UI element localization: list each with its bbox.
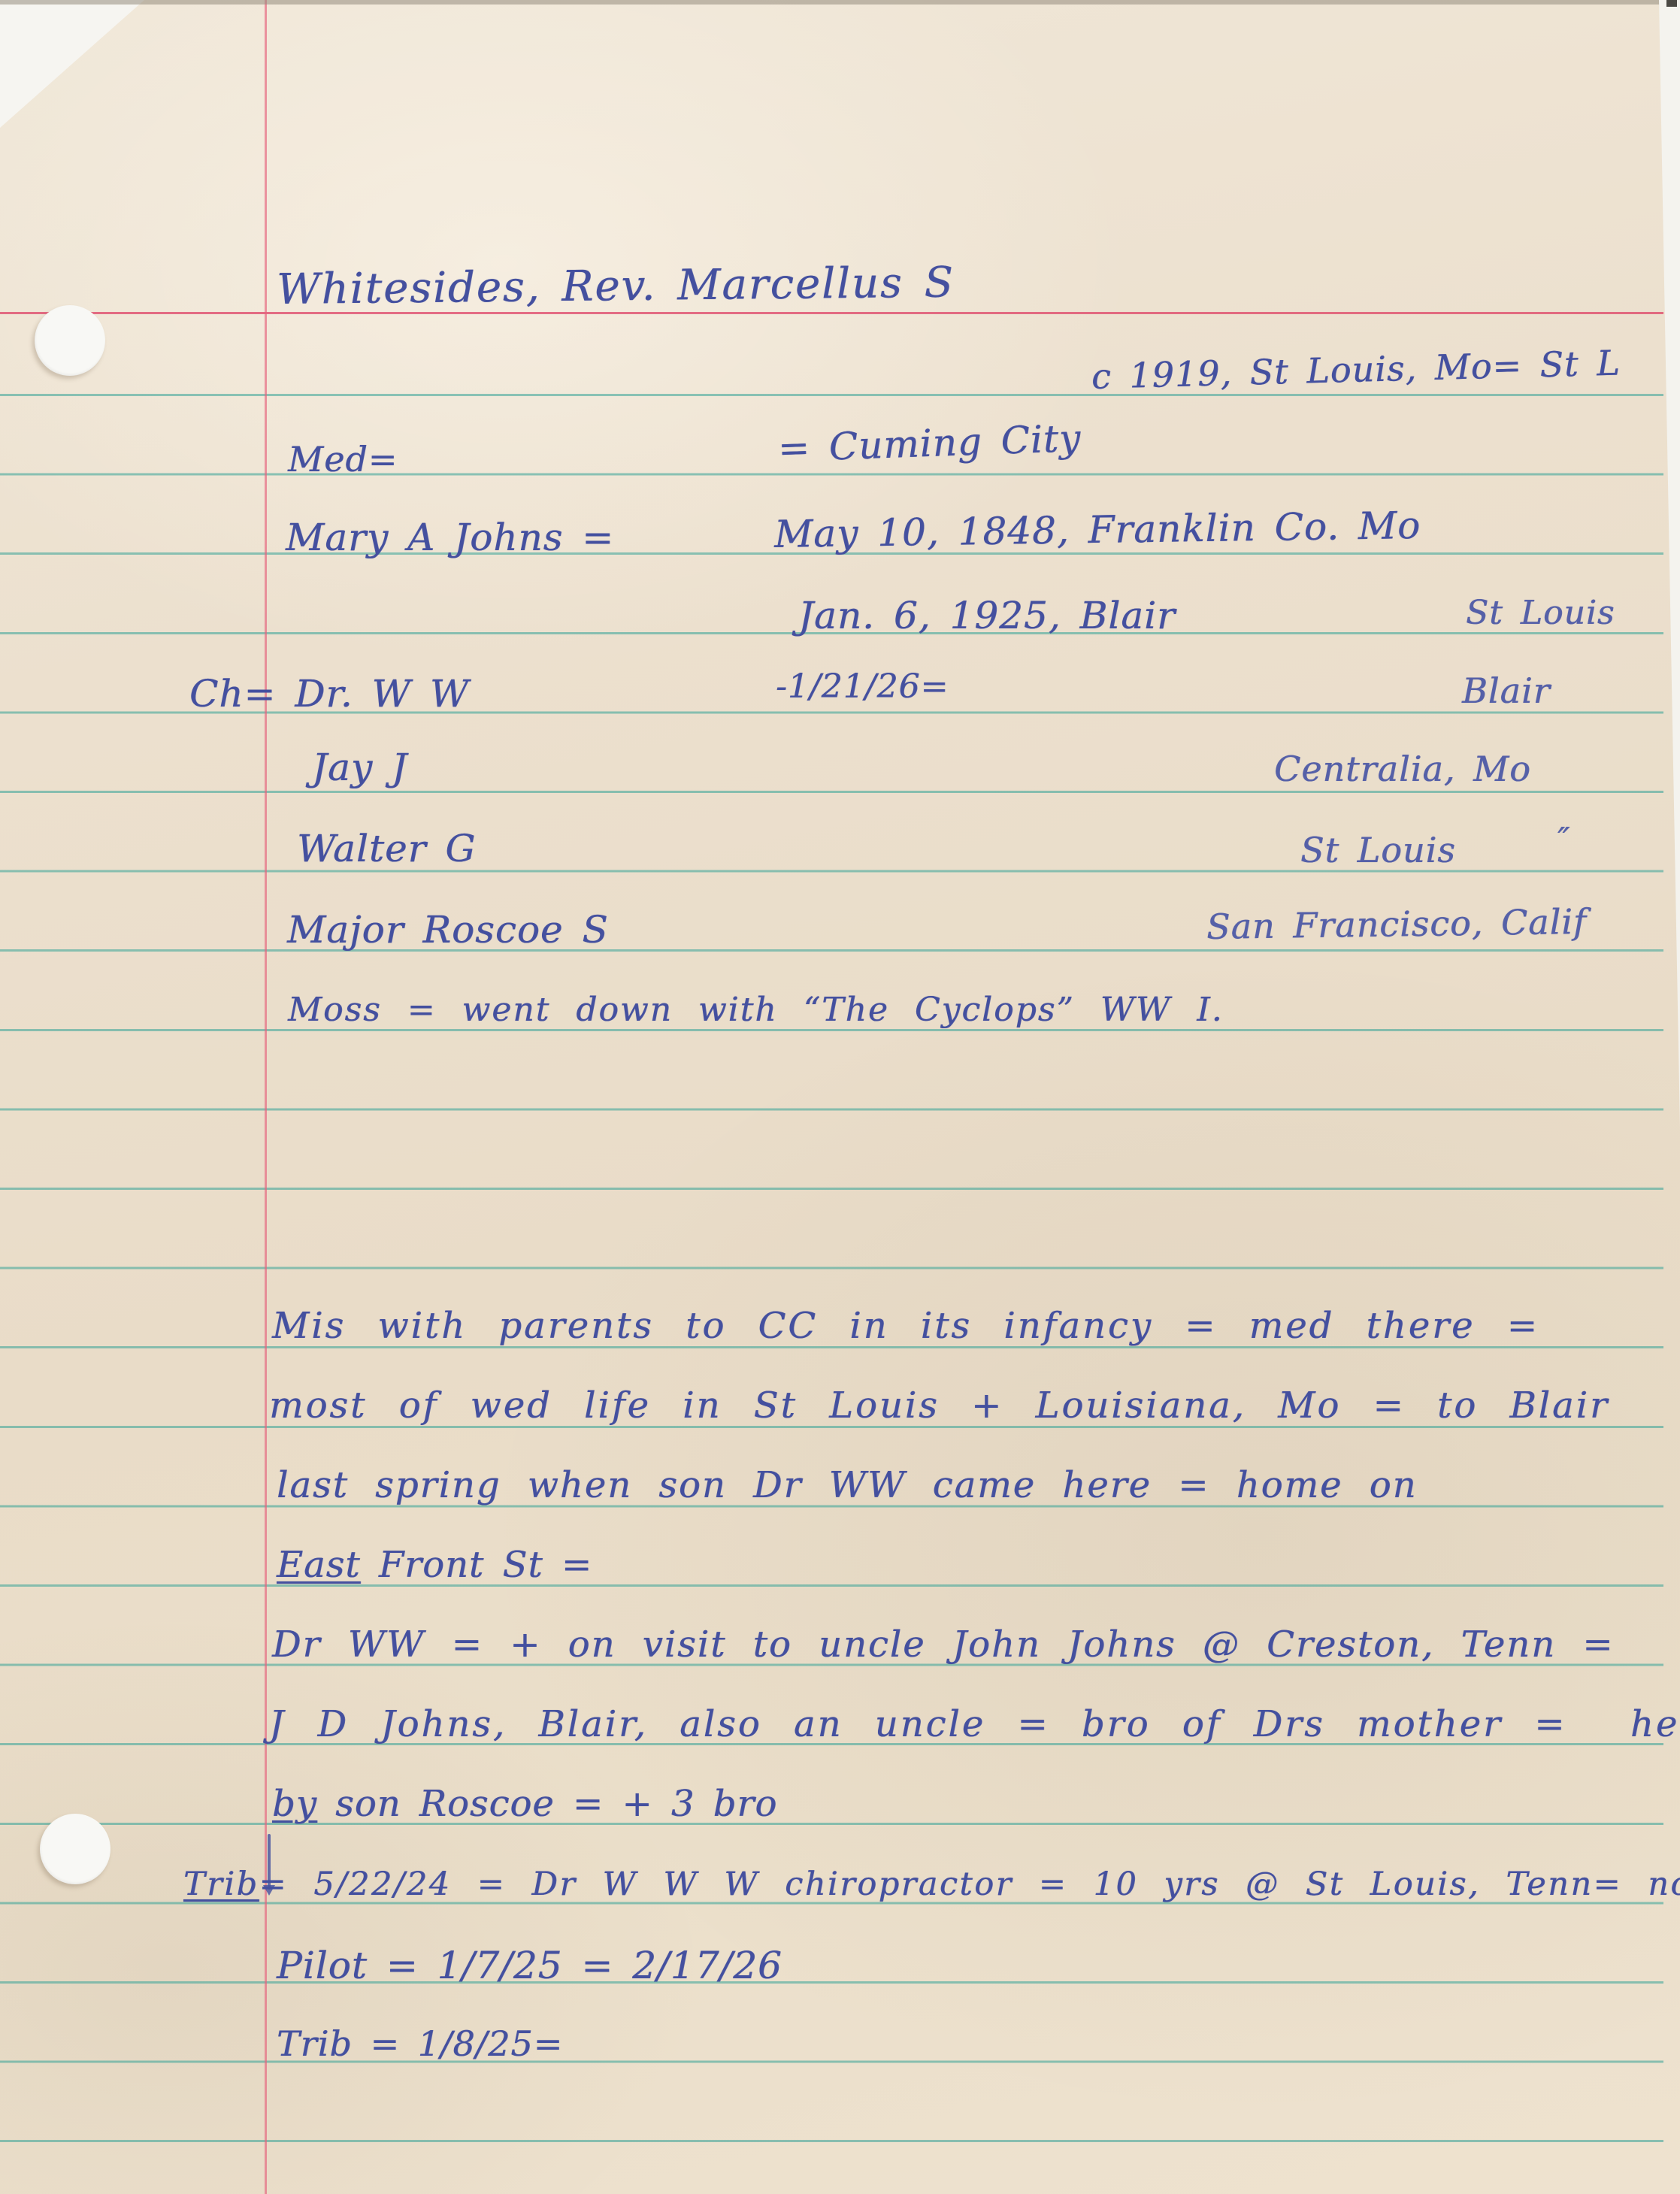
hole-punch-top [35,305,105,376]
married-place: = Cuming City [777,419,1082,468]
hole-punch-bottom [40,1814,110,1884]
note-line: J D Johns, Blair, also an uncle = bro of… [269,1706,1680,1742]
ditto-mark: ″ [1557,824,1570,857]
origin-line: c 1919, St Louis, Mo= St L [1091,346,1621,394]
note-line: East Front St = [277,1547,592,1583]
moss-note: Moss = went down with “The Cyclops” WW I… [288,994,1224,1027]
top-margin-red-line [0,312,1663,314]
child-name: Walter G [297,830,476,867]
cut-corner-top-left [0,0,144,128]
child-name: Major Roscoe S [287,911,609,949]
married-label: Med= [288,442,398,477]
spouse-death-place: St Louis [1466,597,1615,630]
child-place: St Louis [1300,833,1456,867]
scan-edge-right [1659,0,1680,1127]
page-title: Whitesides, Rev. Marcellus S [277,262,955,311]
scanned-notebook-page: Whitesides, Rev. Marcellus S c 1919, St … [0,0,1680,2194]
street-rest: Front St = [361,1544,593,1586]
spouse-death: Jan. 6, 1925, Blair [798,597,1176,634]
child-name: Jay J [312,749,407,786]
children-label: Ch= Dr. W W [189,675,469,713]
citation-trib-rest: = 5/22/24 = Dr W W W chiropractor = 10 y… [259,1866,1680,1903]
note-line: Mis with parents to CC in its infancy = … [272,1308,1539,1344]
spouse-birth: May 10, 1848, Franklin Co. Mo [774,507,1421,553]
by-line-rest: son Roscoe = + 3 bro [317,1783,777,1825]
scan-speck [1666,0,1677,7]
citation-trib2: Trib = 1/8/25= [277,2026,563,2061]
children-date-note: -1/21/26= [776,670,949,704]
underlined-by-word: by [272,1783,317,1825]
child-place: San Francisco, Calif [1206,904,1588,944]
scan-edge-top [0,0,1680,5]
spouse-name: Mary A Johns = [286,519,614,556]
child-place: Blair [1462,673,1551,708]
child-place: Centralia, Mo [1274,752,1531,786]
note-line: last spring when son Dr WW came here = h… [277,1467,1418,1503]
note-line: most of wed life in St Louis + Louisiana… [269,1388,1609,1424]
citation-line: Trib= 5/22/24 = Dr W W W chiropractor = … [183,1869,1680,1901]
underlined-street-word: East [277,1544,361,1586]
note-line: Dr WW = + on visit to uncle John Johns @… [272,1627,1614,1663]
citation-source-trib: Trib [183,1866,259,1903]
ruled-lines [0,394,1663,2194]
citation-pilot: Pilot = 1/7/25 = 2/17/26 [277,1947,782,1984]
note-line: by son Roscoe = + 3 bro [272,1786,777,1822]
